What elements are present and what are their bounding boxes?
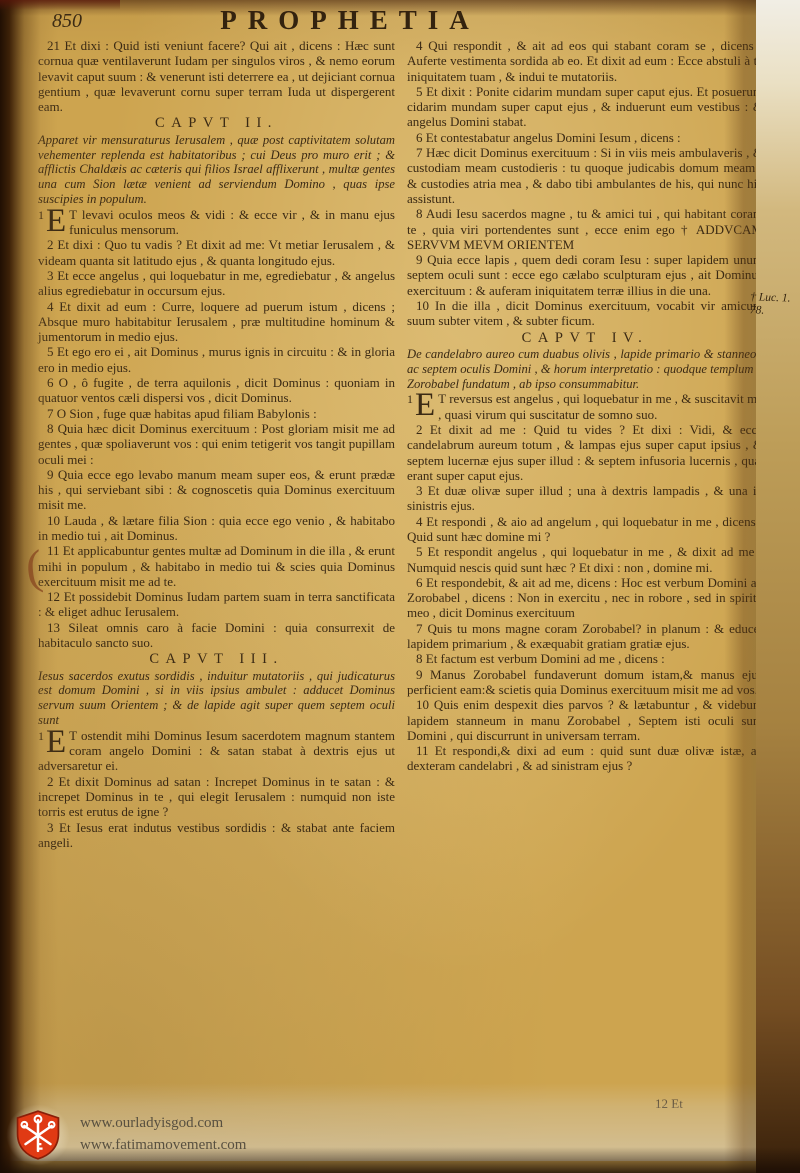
chapter-argument: Apparet vir mensuraturus Ierusalem , quæ… — [38, 133, 395, 207]
left-text-column: 21 Et dixi : Quid isti veniunt facere? Q… — [38, 38, 395, 850]
watermark-url-1: www.ourladyisgod.com — [80, 1112, 246, 1134]
watermark-url-2: www.fatimamovement.com — [80, 1134, 246, 1156]
verse: 8 Quia hæc dicit Dominus exercituum : Po… — [38, 421, 395, 467]
verse: 2 Et dixi : Quo tu vadis ? Et dixit ad m… — [38, 237, 395, 268]
verse: 5 Et dixit : Ponite cidarim mundam super… — [407, 84, 763, 130]
chapter-heading: CAPVT II. — [38, 116, 395, 131]
verse: 4 Et dixit ad eum : Curre, loquere ad pu… — [38, 299, 395, 345]
verse: 7 Quis tu mons magne coram Zorobabel? in… — [407, 621, 763, 652]
verse: 11 Et respondi,& dixi ad eum : quid sunt… — [407, 743, 763, 774]
right-text-column: 4 Qui respondit , & ait ad eos qui staba… — [407, 38, 763, 774]
watermark-urls: www.ourladyisgod.com www.fatimamovement.… — [80, 1112, 246, 1156]
verse: 2 Et dixit Dominus ad satan : Increpet D… — [38, 774, 395, 820]
shield-keys-icon — [15, 1110, 61, 1160]
verse: 8 Et factum est verbum Domini ad me , di… — [407, 651, 763, 666]
verse: 10 In die illa , dicit Dominus exercituu… — [407, 298, 763, 329]
verse: 13 Sileat omnis caro à facie Domini : qu… — [38, 620, 395, 651]
verse: 10 Quis enim despexit dies parvos ? & læ… — [407, 697, 763, 743]
verse: 7 O Sion , fuge quæ habitas apud filiam … — [38, 406, 395, 421]
page-title: PROPHETIA — [180, 5, 520, 36]
verse: 5 Et ego ero ei , ait Dominus , murus ig… — [38, 344, 395, 375]
chapter-heading: CAPVT III. — [38, 652, 395, 667]
verse: 4 Et respondi , & aio ad angelum , qui l… — [407, 514, 763, 545]
verse: 10 Lauda , & lætare filia Sion : quia ec… — [38, 513, 395, 544]
verse: 3 Et ecce angelus , qui loquebatur in me… — [38, 268, 395, 299]
verse: 9 Quia ecce lapis , quem dedi coram Iesu… — [407, 252, 763, 298]
chapter-argument: Iesus sacerdos exutus sordidis , induitu… — [38, 669, 395, 728]
margin-cross-reference: † Luc. 1. 78. — [750, 291, 797, 319]
verse: 8 Audi Iesu sacerdos magne , tu & amici … — [407, 206, 763, 252]
top-left-corner-mark — [0, 0, 120, 10]
verse: 11 Et applicabuntur gentes multæ ad Domi… — [38, 543, 395, 589]
drop-cap-initial: E — [46, 724, 66, 760]
verse: 3 Et duæ olivæ super illud ; una à dextr… — [407, 483, 763, 514]
verse: 4 Qui respondit , & ait ad eos qui staba… — [407, 38, 763, 84]
chapter-argument: De candelabro aureo cum duabus olivis , … — [407, 347, 763, 391]
verse: 6 Et respondebit, & ait ad me, dicens : … — [407, 575, 763, 621]
verse: 9 Quia ecce ego levabo manum meam super … — [38, 467, 395, 513]
verse: 1ET reversus est angelus , qui loquebatu… — [407, 391, 763, 422]
verse: 5 Et respondit angelus , qui loquebatur … — [407, 544, 763, 575]
verse: 7 Hæc dicit Dominus exercituum : Si in v… — [407, 145, 763, 206]
verse: 3 Et Iesus erat indutus vestibus sordidi… — [38, 820, 395, 851]
chapter-heading: CAPVT IV. — [407, 331, 763, 346]
verse: 9 Manus Zorobabel fundaverunt domum ista… — [407, 667, 763, 698]
verse: 1ET ostendit mihi Dominus Iesum sacerdot… — [38, 728, 395, 774]
catchword: 12 Et — [655, 1096, 683, 1112]
page-number: 850 — [52, 10, 82, 33]
drop-cap-initial: E — [46, 203, 66, 239]
fatima-movement-shield-logo — [6, 1104, 70, 1166]
verse: 12 Et possidebit Dominus Iudam partem su… — [38, 589, 395, 620]
verse: 2 Et dixit ad me : Quid tu vides ? Et di… — [407, 422, 763, 483]
verse: 21 Et dixi : Quid isti veniunt facere? Q… — [38, 38, 395, 114]
verse: 6 O , ô fugite , de terra aquilonis , di… — [38, 375, 395, 406]
verse: 6 Et contestabatur angelus Domini Iesum … — [407, 130, 763, 145]
verse: 1ET levavi oculos meos & vidi : & ecce v… — [38, 207, 395, 238]
drop-cap-initial: E — [415, 387, 435, 423]
